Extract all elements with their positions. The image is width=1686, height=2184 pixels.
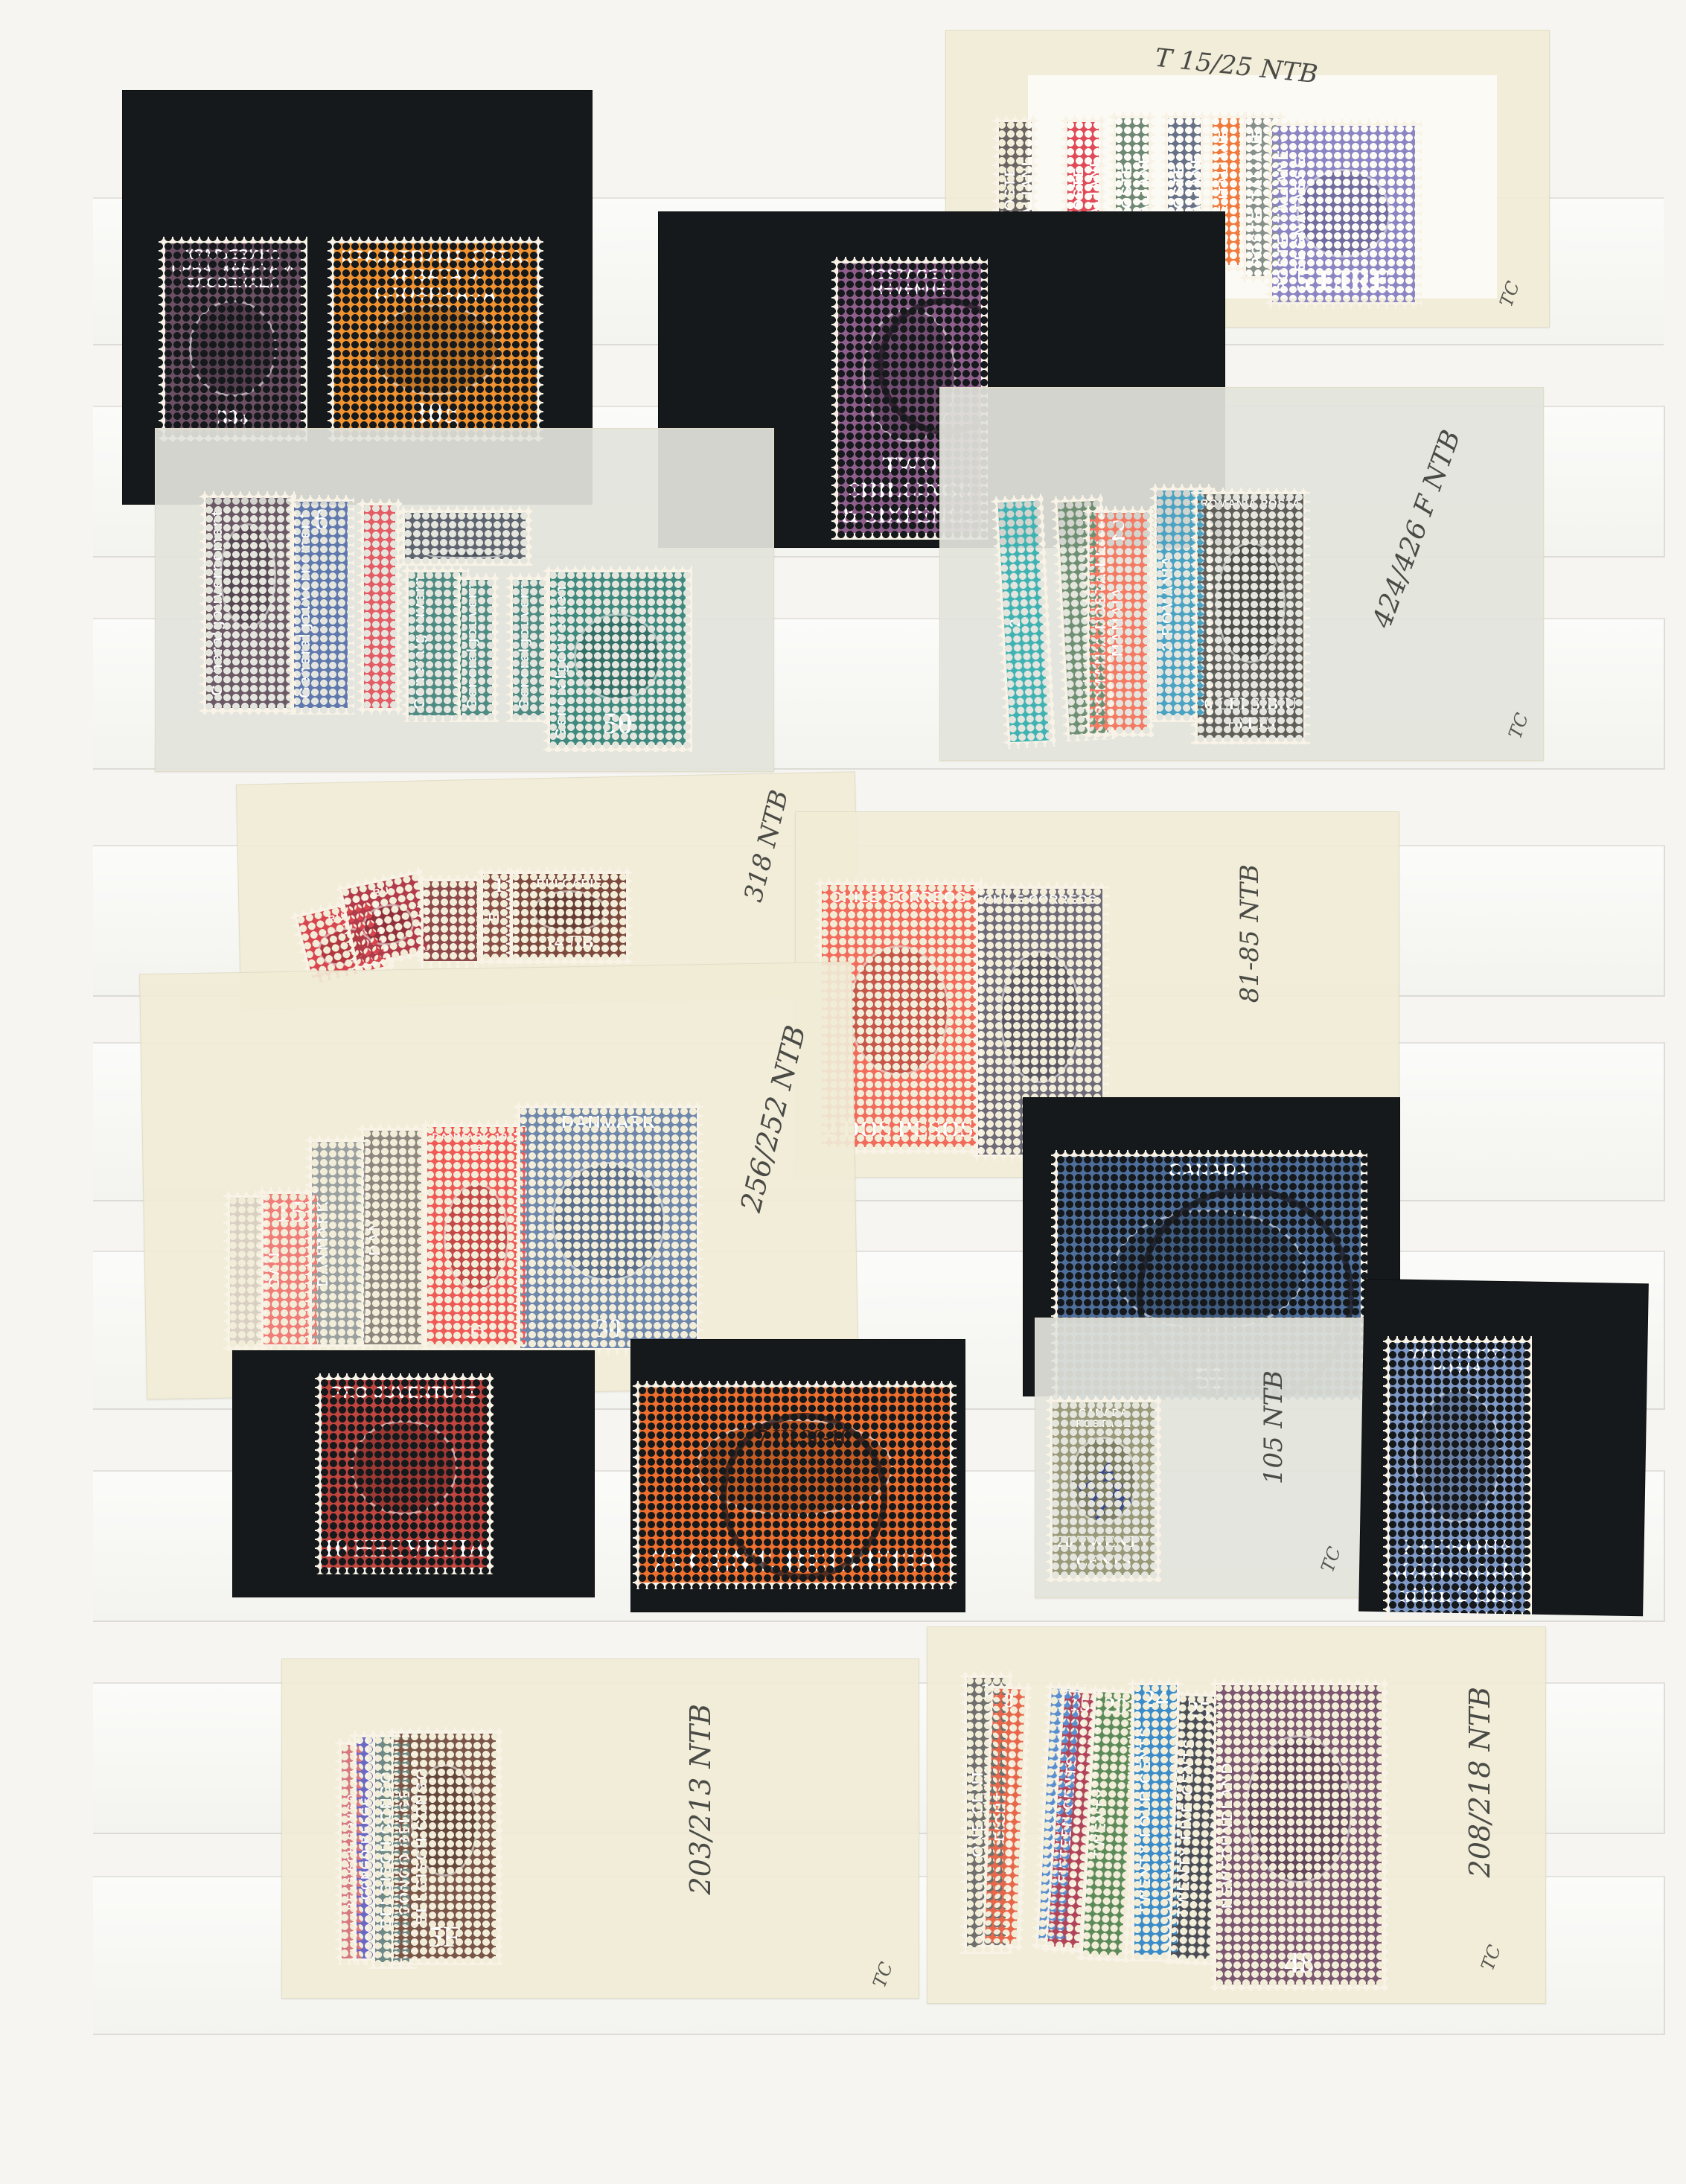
catalog-note: 256/252 NTB [734, 1022, 812, 1215]
postmark: 7.III.36-10 [721, 1413, 887, 1580]
stamp-design [364, 505, 395, 708]
stamp-design: DANMARK 1912 193715 [427, 1127, 526, 1344]
stamp-vignette [351, 1420, 458, 1515]
stamp-inscription: Generalgouvernement [516, 586, 532, 709]
stamp[interactable]: CANADA POSTAGEWAR TAX20 TWENTY CENTS [1046, 1396, 1161, 1582]
stamp-denomination: 5F [428, 1919, 461, 1958]
stamp[interactable] [398, 506, 532, 566]
stamp-denomination: 15 [468, 1321, 484, 1344]
stamp-inscription: PRO JUVENTUTE [331, 1380, 477, 1402]
stamp-inscription: Generalgouvernement [412, 578, 429, 709]
stamp[interactable]: ROMANIA POSTA6 LEI SIBIU +6 LEI [1191, 488, 1310, 744]
stamp-design: Generalgouvernement50 [550, 572, 686, 745]
stamp-denomination: 50 [603, 706, 633, 745]
stamp-design: 2 [998, 501, 1050, 742]
stamp-design: ROMANIA POSTA LEI · MAMAIA2 [1090, 513, 1147, 730]
stamp-design: CONGO BELGE · BELGISCH CONGO5F [394, 1734, 496, 1958]
stamp[interactable]: КРАЉЕВИНА СРБА, ХРВАТА И СЛОВЕНАЦА30д [159, 237, 307, 441]
stamp-denomination: 14 ЛВ [546, 932, 594, 957]
stamp-inscription: Generalgouvernement [464, 586, 480, 709]
stamp-inscription: BU [371, 881, 391, 899]
stamp-inscription: POSTE ITALIANE · SEGNATASSE [1275, 132, 1309, 296]
stamp[interactable]: CONGO BELGE · BELGISCH CONGO5F [387, 1727, 502, 1965]
stamp[interactable] [417, 875, 484, 968]
stamp-inscription: TWENTY FOUR CENTS [1137, 1691, 1155, 1949]
stamp-denomination: 30 [595, 1312, 622, 1348]
stamp-inscription: TWENTY FIVE CENTS [1174, 1702, 1200, 1952]
stamp-design: NEWFOUNDLAND48 [1216, 1685, 1382, 1985]
stamp-design: ROMANIA POSTA6 LEI SIBIU +6 LEI [1198, 494, 1303, 738]
stamp-design: BULGARIE14 ЛВ [513, 874, 626, 957]
initials: TC [1477, 1942, 1505, 1973]
stamp-vignette [371, 304, 501, 395]
stamp[interactable]: Generalgouvernement [199, 491, 296, 715]
stamp-denomination: 48 [1284, 1945, 1314, 1985]
stamp-vignette [1216, 542, 1286, 663]
stamp-vignette [1414, 1389, 1502, 1523]
stamp-denomination: 10 HELVETIA [322, 1534, 487, 1568]
stamp-vignette [574, 613, 662, 700]
initials: TC [1504, 710, 1533, 741]
stamp[interactable]: POSTE ITALIANE · SEGNATASSE5 LIRE [1265, 119, 1422, 309]
catalog-note: 81-85 NTB [1235, 864, 1265, 1003]
stamp-design [424, 881, 477, 961]
stamp-inscription: Generalgouvernement [553, 578, 570, 739]
stamp-design: Generalgouvernement6 [294, 502, 348, 708]
stamp-design: EIGHT8 [985, 1688, 1025, 1944]
stamp[interactable]: DANMARK30 [514, 1102, 703, 1355]
stamp-design: CANADA POSTAGEWAR TAX20 TWENTY CENTS [1053, 1402, 1155, 1575]
stamp-design: PRO JUVENTUTE10 HELVETIA [322, 1380, 487, 1568]
stamp-design: Generalgouvernement [206, 498, 290, 708]
stamp-inscription: B [486, 880, 502, 951]
stamp-inscription: CHILE CORREOS [831, 885, 967, 905]
stamp-vignette [849, 945, 948, 1076]
stamp-inscription: 2 [1001, 508, 1030, 736]
stamp-inscription: КРАЉЕВИНА СРБА, ХРВАТА И СЛОВЕНАЦА [165, 243, 301, 290]
stamp-inscription: ROMANIA POSTA [1201, 494, 1301, 510]
stamp-design: MAGYAR KIR. POSTA2 KORONA Árvízkárosulta… [1390, 1343, 1525, 1612]
stamp[interactable] [357, 499, 402, 715]
stamp-design: Generalgouvernement [461, 580, 492, 715]
stamp-inscription: CANADA [1169, 1157, 1251, 1180]
stamp-design: КРАЉЕВИНА СРБА, ХРВАТА И СЛОВЕНАЦА30д [165, 243, 301, 435]
stamp-vignette [1297, 169, 1390, 258]
catalog-note: 318 NTB [738, 787, 794, 904]
stamp-vignette [426, 549, 505, 559]
stamp-design: КРАЉЕВИНА СРБА, ХРВАТА И СЛОВЕНАЦА30д [334, 243, 537, 435]
stamp-denomination: 6 LEI SIBIU +6 LEI [1198, 695, 1303, 738]
stamp[interactable]: MAGYAR KIR. POSTA2 KORONA Árvízkárosulta… [1383, 1336, 1532, 1619]
stamp-inscription: TWENTY [1086, 1698, 1117, 1949]
stamp-inscription: Generalgouvernement [209, 504, 226, 702]
stamp-inscription: CHILE CORREOS [983, 889, 1097, 907]
catalog-note: 424/426 F NTB [1367, 426, 1466, 632]
stamp-design: POSTE ITALIANE · SEGNATASSE5 LIRE [1272, 126, 1415, 302]
stamp-design: 75 CENT. HELVETIA7.III.36-10 [639, 1388, 950, 1583]
stamp-inscription: ROMANIA POSTA LEI · MAMAIA [1093, 519, 1127, 724]
stamp[interactable]: EIGHT8 [978, 1682, 1032, 1951]
stamp-denomination: 2 KORONA Árvízkárosultaknak külön 2 fill… [1390, 1536, 1525, 1612]
catalog-note: 105 NTB [1259, 1370, 1289, 1484]
stamp-denomination: 6 [313, 502, 328, 541]
stamp[interactable]: Generalgouvernement50 [543, 566, 692, 752]
stamp-vignette [552, 1162, 665, 1282]
stamp[interactable]: BULGARIE14 ЛВ [506, 867, 633, 964]
stamp-inscription: EIGHT [988, 1695, 1012, 1938]
stamp-design [405, 513, 526, 559]
stamp-inscription: DAN [266, 1200, 284, 1338]
stamp-inscription: DANMARK [315, 1148, 332, 1338]
stamp-inscription: POSTAGE & REVENUE [838, 264, 981, 298]
stamp-inscription: DAN [367, 1137, 384, 1338]
stamp-vignette [532, 890, 607, 932]
stamp-inscription: CONGO BELGE · BELGISCH CONGO [397, 1740, 431, 1952]
stamp-design: DANMARK30 [520, 1108, 697, 1348]
stamp[interactable]: PRO JUVENTUTE10 HELVETIA [315, 1373, 494, 1574]
stamp-inscription: КРАЉЕВИНА СРБА, ХРВАТА И СЛОВЕНАЦА [334, 243, 537, 304]
stamp-vignette [1000, 951, 1082, 1082]
stamp-vignette [189, 300, 278, 396]
stamp[interactable]: DAN [357, 1124, 428, 1351]
stamp[interactable]: Generalgouvernement [454, 573, 499, 722]
stamp[interactable]: Generalgouvernement6 [287, 495, 354, 715]
stamp-denomination [394, 952, 395, 957]
stamp-inscription: DANMARK 1912 1937 [427, 1127, 526, 1153]
initials: TC [1317, 1544, 1345, 1575]
stamp[interactable]: NEWFOUNDLAND48 [1210, 1679, 1388, 1991]
stamp-vignette [444, 1183, 509, 1291]
stamp-inscription: 3 ROMANIA [1160, 496, 1177, 709]
stamp-vignette [359, 899, 418, 950]
stamp[interactable]: КРАЉЕВИНА СРБА, ХРВАТА И СЛОВЕНАЦА30д [328, 237, 543, 441]
stamp-inscription: NEWFOUNDLAND [1219, 1691, 1236, 1979]
stamp-inscription: DANMARK [561, 1108, 656, 1131]
stamp-inscription: POSTE ITALIANE [1249, 124, 1266, 270]
catalog-note: 208/218 NTB [1463, 1687, 1496, 1877]
catalog-note: 203/213 NTB [684, 1704, 717, 1894]
stamp-inscription: Generalgouvernement [297, 508, 314, 702]
stamp-inscription: CANADA POSTAGE [1053, 1402, 1155, 1429]
initials: TC [1495, 278, 1524, 310]
initials: TC [869, 1959, 897, 1990]
stamp-design: DAN [364, 1131, 421, 1344]
stamp-vignette [1245, 1735, 1353, 1883]
stamp-denomination: 5 LIRE [1296, 263, 1391, 302]
stamp[interactable]: 75 CENT. HELVETIA7.III.36-10 [633, 1381, 957, 1589]
stamp-design: Generalgouvernement [513, 580, 544, 715]
stamp-vignette [220, 523, 275, 628]
stamp-inscription: BULGARIE [537, 874, 603, 890]
stamp[interactable]: ROMANIA POSTA LEI · MAMAIA2 [1083, 506, 1154, 737]
stamp-inscription: MAGYAR KIR. POSTA [1390, 1343, 1525, 1376]
